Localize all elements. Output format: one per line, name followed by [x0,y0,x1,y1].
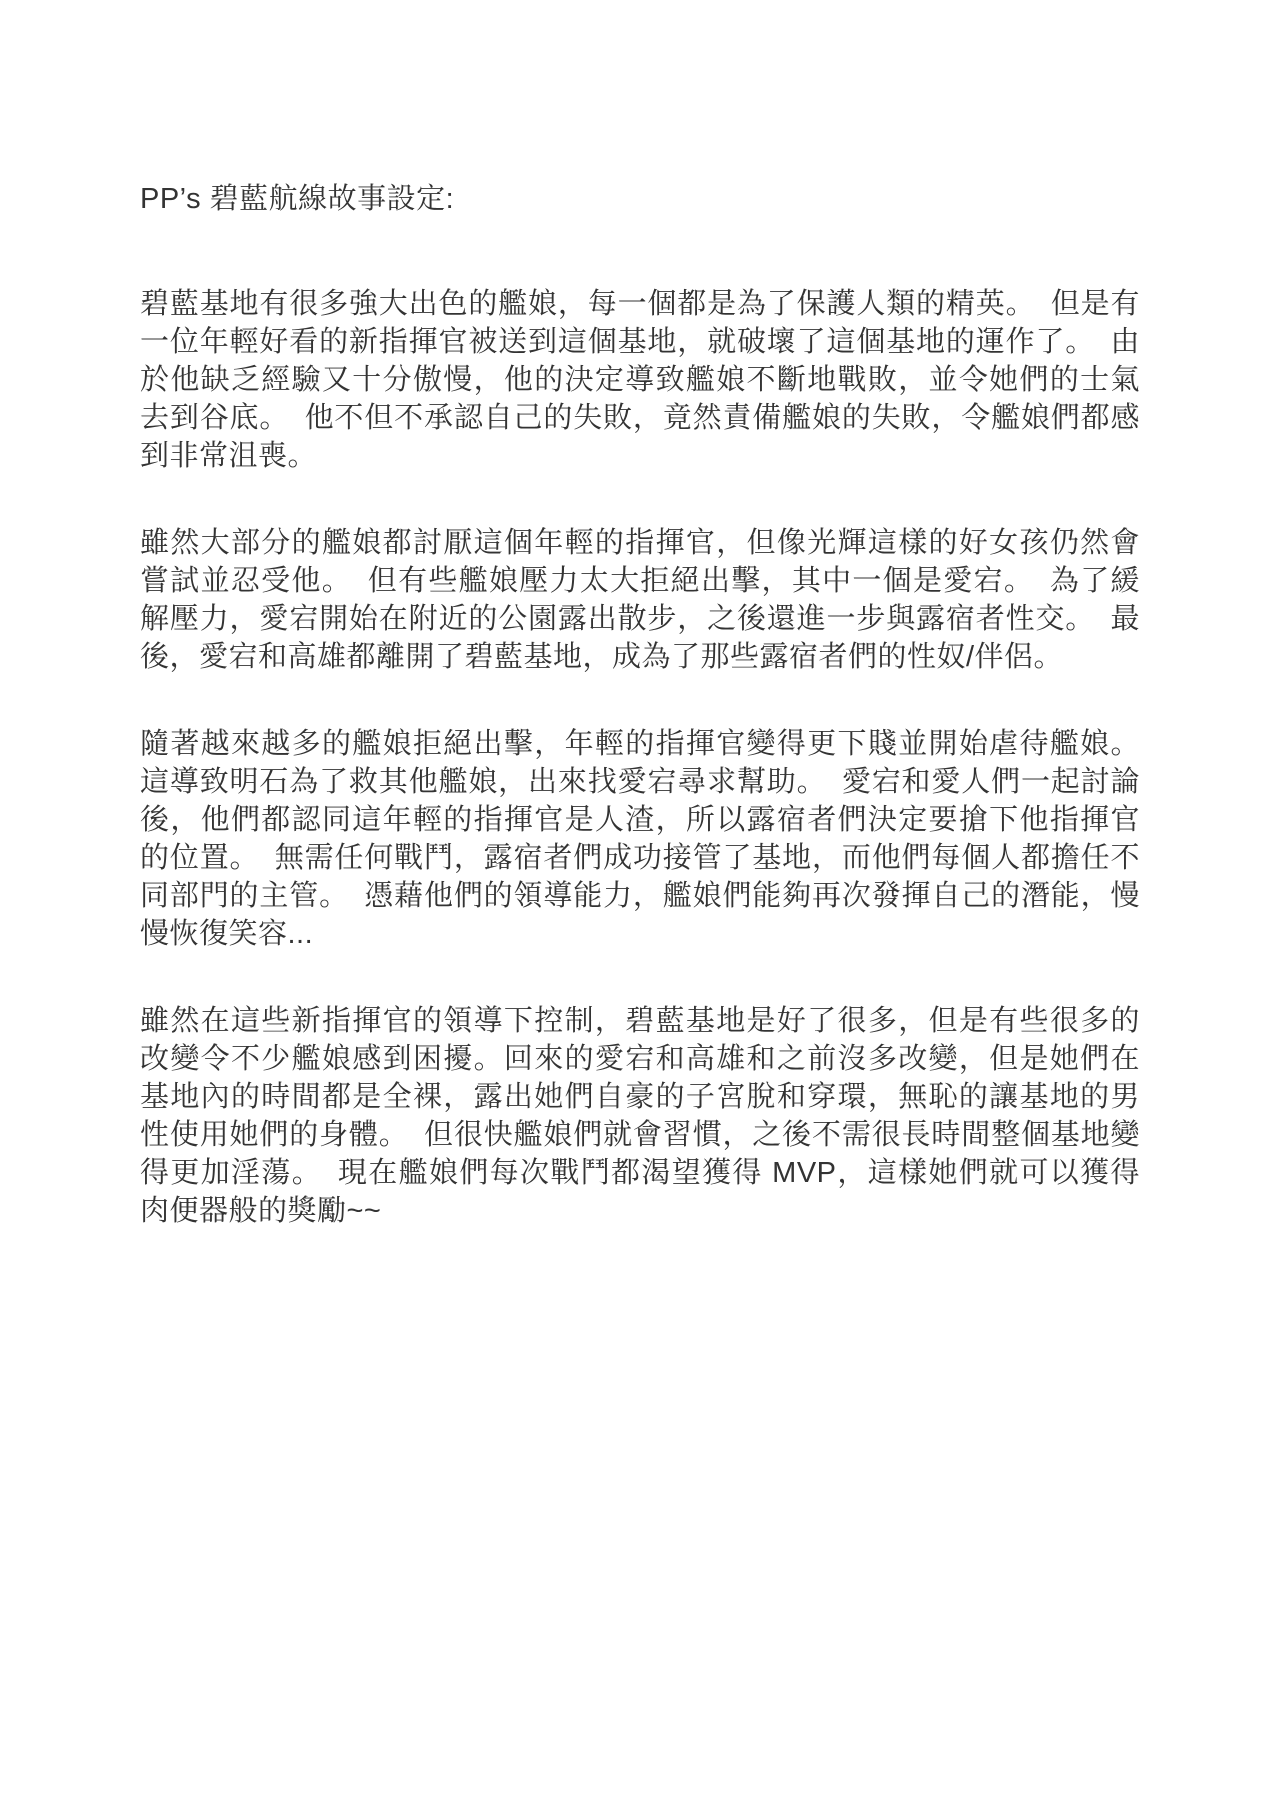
paragraph-second: 雖然大部分的艦娘都討厭這個年輕的指揮官，但像光輝這樣的好女孩仍然會嘗試並忍受他。… [140,524,1140,676]
paragraph-third: 隨著越來越多的艦娘拒絕出擊，年輕的指揮官變得更下賤並開始虐待艦娘。這導致明石為了… [140,725,1140,953]
paragraph-fourth: 雖然在這些新指揮官的領導下控制，碧藍基地是好了很多，但是有些很多的改變令不少艦娘… [140,1002,1140,1230]
document-page: PP’s 碧藍航線故事設定: 碧藍基地有很多強大出色的艦娘，每一個都是為了保護人… [0,0,1280,1810]
document-title: PP’s 碧藍航線故事設定: [140,180,1140,218]
paragraph-intro: 碧藍基地有很多強大出色的艦娘，每一個都是為了保護人類的精英。 但是有一位年輕好看… [140,285,1140,475]
